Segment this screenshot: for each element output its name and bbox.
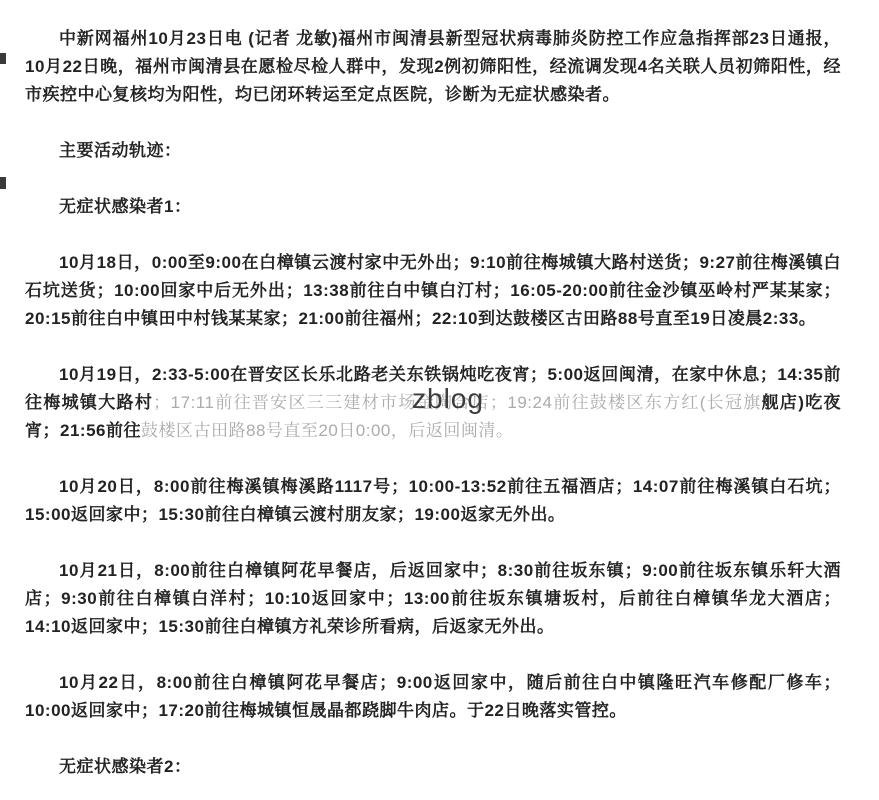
left-edge-glyph-fragment [0,177,6,189]
text-run: 中新网福州10月23日电 (记者 龙敏)福州市闽清县新型冠状病毒肺炎防控工作应急… [25,29,841,104]
paragraph: 10月18日，0:00至9:00在白樟镇云渡村家中无外出；9:10前往梅城镇大路… [25,249,841,333]
paragraph: 10月21日，8:00前往白樟镇阿花早餐店，后返回家中；8:30前往坂东镇；9:… [25,557,841,641]
text-run: 主要活动轨迹： [59,141,182,160]
muted-text-run: 鼓楼区古田路88号直至20日0:00，后返回闽清。 [141,421,513,440]
text-run: 10月20日，8:00前往梅溪镇梅溪路1117号；10:00-13:52前往五福… [25,477,841,524]
text-run: 无症状感染者1： [59,197,191,216]
section-heading: 无症状感染者2： [25,753,841,781]
paragraph: 中新网福州10月23日电 (记者 龙敏)福州市闽清县新型冠状病毒肺炎防控工作应急… [25,25,841,109]
section-heading: 无症状感染者1： [25,193,841,221]
text-run: 10月21日，8:00前往白樟镇阿花早餐店，后返回家中；8:30前往坂东镇；9:… [25,561,841,636]
article-body: 中新网福州10月23日电 (记者 龙敏)福州市闽清县新型冠状病毒肺炎防控工作应急… [0,0,879,781]
paragraph: 10月19日，2:33-5:00在晋安区长乐北路老关东铁锅炖吃夜宵；5:00返回… [25,361,841,445]
text-run: 10月22日，8:00前往白樟镇阿花早餐店；9:00返回家中，随后前往白中镇隆旺… [25,673,841,720]
paragraph: 10月22日，8:00前往白樟镇阿花早餐店；9:00返回家中，随后前往白中镇隆旺… [25,669,841,725]
text-run: 无症状感染者2： [59,757,191,776]
section-heading: 主要活动轨迹： [25,137,841,165]
left-edge-glyph-fragment [0,53,6,64]
paragraph: 10月20日，8:00前往梅溪镇梅溪路1117号；10:00-13:52前往五福… [25,473,841,529]
text-run: 10月18日，0:00至9:00在白樟镇云渡村家中无外出；9:10前往梅城镇大路… [25,253,841,328]
muted-text-run: ；17:11前往晋安区三三建材市场金陶合店；19:24前往鼓楼区东方红(长冠旗 [153,393,761,412]
